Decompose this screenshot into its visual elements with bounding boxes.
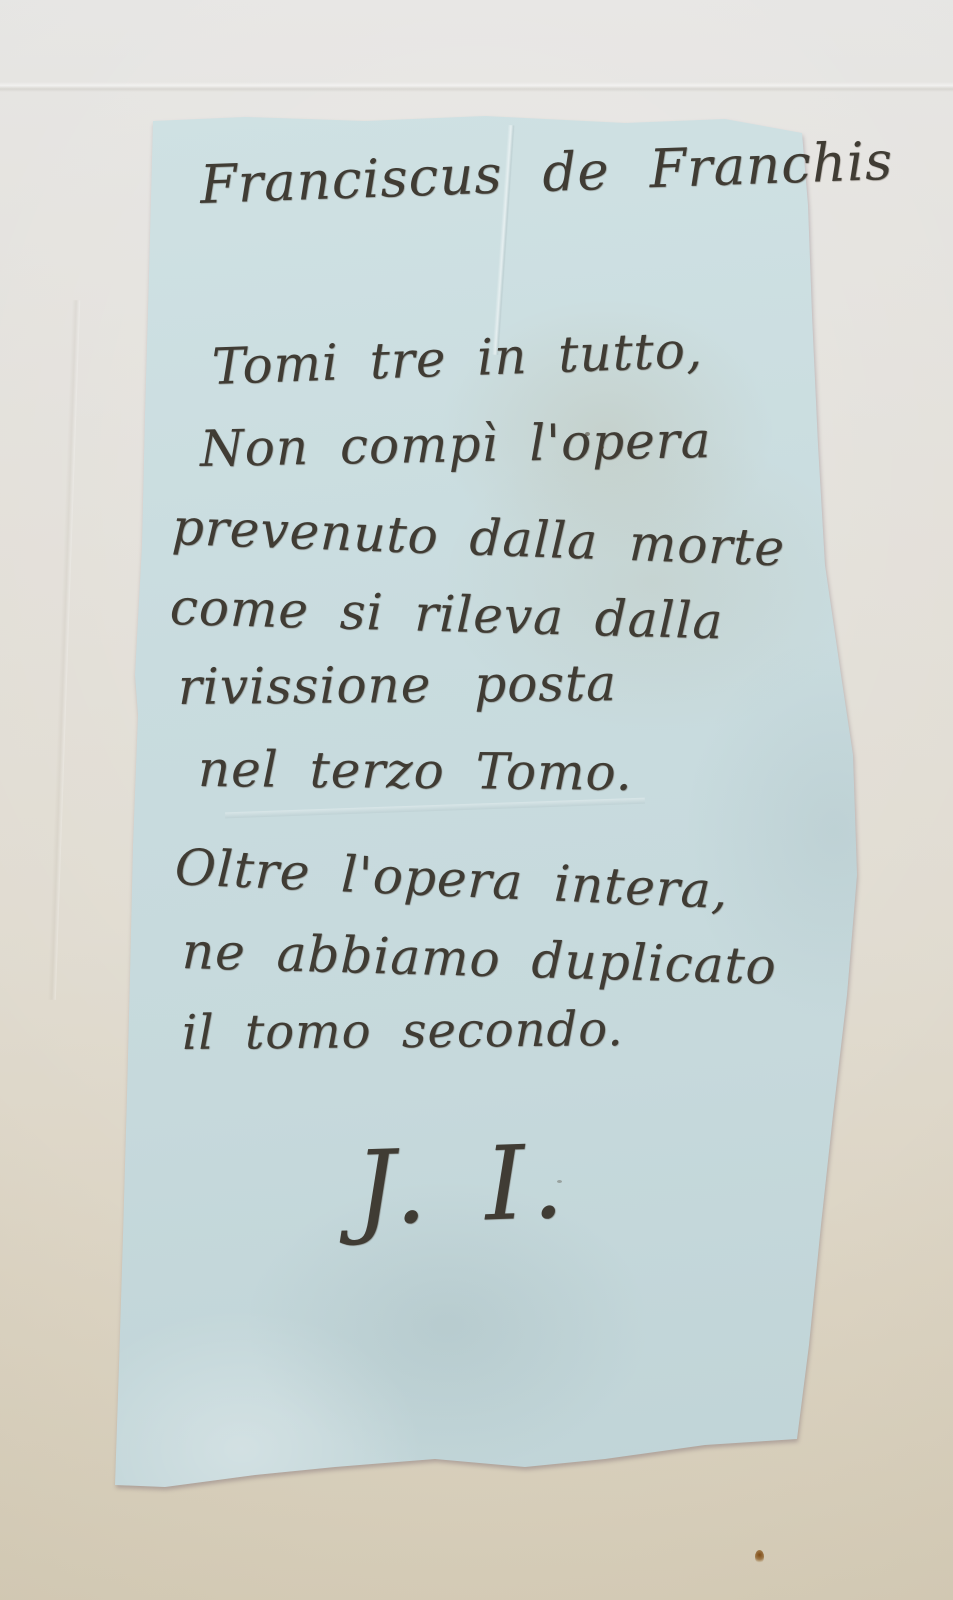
handwritten-line-9: il tomo secondo. xyxy=(182,1001,624,1061)
ink-speck xyxy=(585,432,590,436)
handwritten-line-3: prevenuto dalla morte xyxy=(171,498,786,577)
handwritten-line-4: come si rileva dalla xyxy=(169,578,724,650)
rust-spot xyxy=(755,1550,764,1564)
handwriting-layer: Franciscus de Franchis Tomi tre in tutto… xyxy=(105,115,885,1495)
ink-speck xyxy=(600,446,604,449)
handwritten-title: Franciscus de Franchis xyxy=(199,131,894,216)
background-paper-crease xyxy=(48,300,80,1000)
ink-speck xyxy=(557,1180,562,1183)
photograph: Franciscus de Franchis Tomi tre in tutto… xyxy=(0,0,953,1600)
handwritten-line-7: Oltre l'opera intera, xyxy=(174,838,730,920)
handwritten-line-2: Non compì l'opera xyxy=(199,411,711,478)
handwritten-line-1: Tomi tre in tutto, xyxy=(211,321,704,396)
background-paper-crease xyxy=(0,82,953,92)
handwritten-line-6: nel terzo Tomo. xyxy=(198,740,633,802)
handwritten-line-5: rivissione posta xyxy=(178,654,617,716)
handwritten-initials-signature: J. I. xyxy=(353,1123,572,1249)
handwritten-line-8: ne abbiamo duplicato xyxy=(181,922,777,996)
